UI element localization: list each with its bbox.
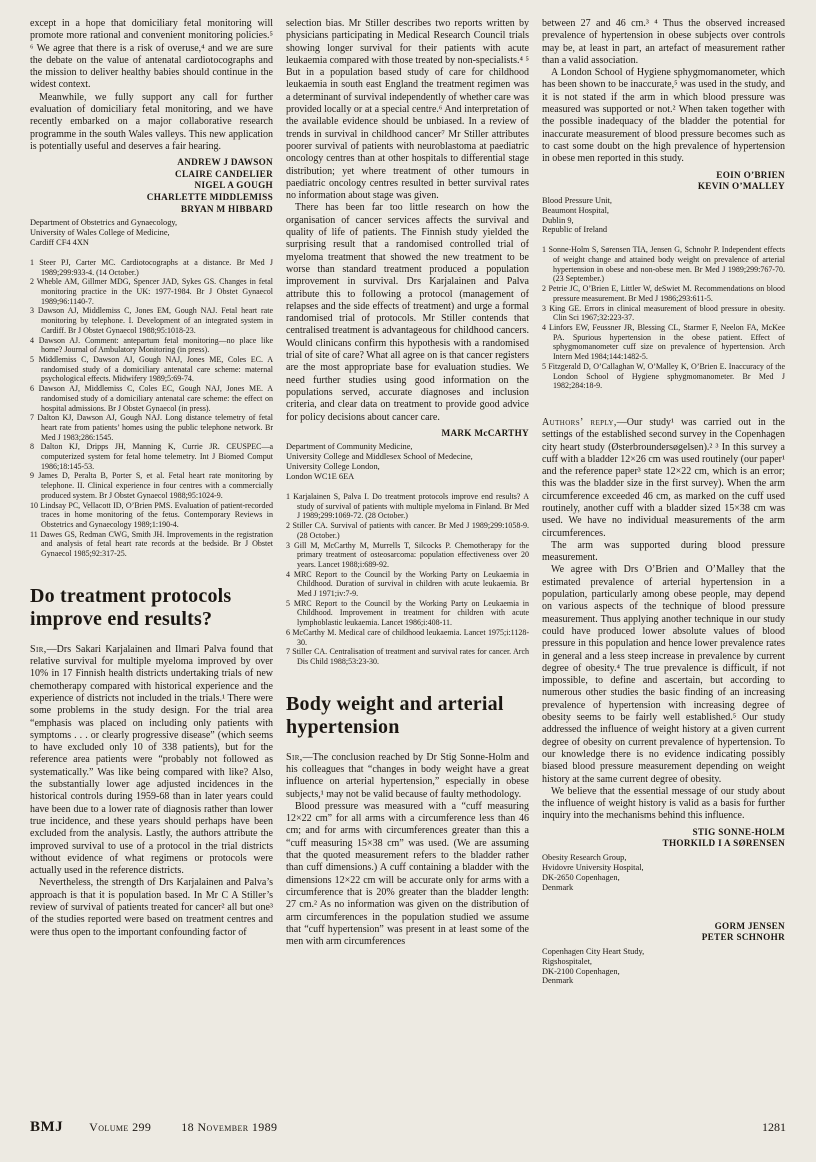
address-line: Republic of Ireland [542,225,785,235]
reference: 1 Steer PJ, Carter MC. Cardiotocographs … [30,258,273,277]
reference-number: 4 [30,336,34,345]
reference-number: 1 [30,258,34,267]
reference: 4 Dawson AJ. Comment: antepartum fetal m… [30,336,273,355]
signature-block: EOIN O’BRIENKEVIN O’MALLEY [542,170,785,193]
reference-number: 4 [542,323,546,332]
page-footer: BMJ Volume 299 18 November 1989 1281 [30,1119,786,1136]
address-block: Copenhagen City Heart Study,Rigshospital… [542,947,785,987]
reference: 9 James D, Peralta B, Porter S, et al. F… [30,471,273,500]
paragraph: Authors’ reply,—Our study¹ was carried o… [542,417,785,540]
paragraph: Sir,—The conclusion reached by Dr Stig S… [286,752,529,801]
signature: ANDREW J DAWSON [30,157,273,169]
reference: 2 Wheble AM, Gillmer MDG, Spencer JAD, S… [30,277,273,306]
issue-date: 18 November 1989 [181,1120,277,1135]
signature: CLAIRE CANDELIER [30,169,273,181]
signature: STIG SONNE-HOLM [542,827,785,839]
letter-title: Do treatment protocols improve end resul… [30,585,273,631]
reference: 2 Petrie JC, O’Brien E, Littler W, deSwi… [542,284,785,303]
signature: KEVIN O’MALLEY [542,181,785,193]
reference-number: 2 [30,277,34,286]
signature: GORM JENSEN [542,921,785,933]
reference: 7 Stiller CA. Centralisation of treatmen… [286,647,529,666]
columns: except in a hope that domiciliary fetal … [30,18,786,1090]
address-line: Cardiff CF4 4XN [30,238,273,248]
reference: 3 Gill M, McCarthy M, Murrells T, Silcoc… [286,541,529,570]
reference: 1 Sonne-Holm S, Sørensen TIA, Jensen G, … [542,245,785,284]
letter-title: Body weight and arterial hypertension [286,693,529,739]
paragraph: Meanwhile, we fully support any call for… [30,92,273,153]
address-line: DK-2650 Copenhagen, [542,873,785,883]
paragraph: between 27 and 46 cm.³ ⁴ Thus the observ… [542,18,785,67]
address-line: University College and Middlesex School … [286,452,529,462]
paragraph: except in a hope that domiciliary fetal … [30,18,273,92]
signature: BRYAN M HIBBARD [30,204,273,216]
reference-number: 8 [30,442,34,451]
signature: MARK McCARTHY [286,428,529,440]
reference: 6 McCarthy M. Medical care of childhood … [286,628,529,647]
paragraph: Blood pressure was measured with a “cuff… [286,801,529,949]
paragraph: We believe that the essential message of… [542,786,785,823]
column-2: selection bias. Mr Stiller describes two… [286,18,529,1090]
signature-block: MARK McCARTHY [286,428,529,440]
address-line: Rigshospitalet, [542,957,785,967]
reference: 5 Middlemiss C, Dawson AJ, Gough NAJ, Jo… [30,355,273,384]
address-line: Blood Pressure Unit, [542,196,785,206]
signature: EOIN O’BRIEN [542,170,785,182]
page-number: 1281 [762,1120,786,1135]
address-line: Obesity Research Group, [542,853,785,863]
reference: 6 Dawson AJ, Middlemiss C, Coles EC, Gou… [30,384,273,413]
column-3: between 27 and 46 cm.³ ⁴ Thus the observ… [542,18,785,1090]
address-line: Copenhagen City Heart Study, [542,947,785,957]
address-line: DK-2100 Copenhagen, [542,967,785,977]
reference: 4 Linfors EW, Feussner JR, Blessing CL, … [542,323,785,362]
reference-number: 5 [542,362,546,371]
reference: 4 MRC Report to the Council by the Worki… [286,570,529,599]
address-line: Beaumont Hospital, [542,206,785,216]
salutation: Authors’ reply, [542,417,617,428]
spacer [542,903,785,917]
address-line: Hvidovre University Hospital, [542,863,785,873]
journal-page: except in a hope that domiciliary fetal … [0,0,816,1162]
salutation: Sir, [30,644,47,655]
signature: PETER SCHNOHR [542,932,785,944]
reference-number: 3 [286,541,290,550]
journal-name: BMJ [30,1119,63,1136]
column-1: except in a hope that domiciliary fetal … [30,18,273,1090]
reference: 10 Lindsay PC, Vellacott ID, O’Brien PMS… [30,501,273,530]
reference-number: 5 [30,355,34,364]
volume-label: Volume 299 [89,1120,151,1135]
spacer [542,391,785,417]
address-line: Department of Obstetrics and Gynaecology… [30,218,273,228]
address-line: University of Wales College of Medicine, [30,228,273,238]
reference-number: 2 [542,284,546,293]
reference-number: 10 [30,501,38,510]
address-line: Denmark [542,883,785,893]
reference-number: 5 [286,599,290,608]
reference: 1 Karjalainen S, Palva I. Do treatment p… [286,492,529,521]
address-line: Dublin 9, [542,216,785,226]
reference-list: 1 Steer PJ, Carter MC. Cardiotocographs … [30,258,273,559]
paragraph: selection bias. Mr Stiller describes two… [286,18,529,202]
address-line: University College London, [286,462,529,472]
signature: CHARLETTE MIDDLEMISS [30,192,273,204]
reference-number: 9 [30,471,34,480]
reference-number: 7 [286,647,290,656]
reference-number: 6 [286,628,290,637]
reference-number: 2 [286,521,290,530]
reference: 5 Fitzgerald D, O’Callaghan W, O’Malley … [542,362,785,391]
address-line: Denmark [542,976,785,986]
paragraph: Sir,—Drs Sakari Karjalainen and Ilmari P… [30,644,273,878]
signature: THORKILD I A SØRENSEN [542,838,785,850]
reference: 2 Stiller CA. Survival of patients with … [286,521,529,540]
address-block: Department of Community Medicine,Univers… [286,442,529,482]
paragraph: Nevertheless, the strength of Drs Karjal… [30,877,273,938]
reference-number: 1 [286,492,290,501]
reference-list: 1 Sonne-Holm S, Sørensen TIA, Jensen G, … [542,245,785,391]
reference: 11 Dawes GS, Redman CWG, Smith JH. Impro… [30,530,273,559]
reference: 8 Dalton KJ, Dripps JH, Manning K, Curri… [30,442,273,471]
reference-number: 4 [286,570,290,579]
address-block: Obesity Research Group,Hvidovre Universi… [542,853,785,893]
signature-block: STIG SONNE-HOLMTHORKILD I A SØRENSEN [542,827,785,850]
paragraph: There has been far too little research o… [286,202,529,423]
reference-number: 6 [30,384,34,393]
reference-number: 7 [30,413,34,422]
salutation: Sir, [286,752,303,763]
signature-block: ANDREW J DAWSONCLAIRE CANDELIERNIGEL A G… [30,157,273,215]
reference: 3 Dawson AJ, Middlemiss C, Jones EM, Gou… [30,306,273,335]
signature: NIGEL A GOUGH [30,180,273,192]
address-block: Department of Obstetrics and Gynaecology… [30,218,273,248]
paragraph: We agree with Drs O’Brien and O’Malley t… [542,564,785,785]
reference: 5 MRC Report to the Council by the Worki… [286,599,529,628]
reference: 7 Dalton KJ, Dawson AJ, Gough NAJ. Long … [30,413,273,442]
reference-number: 3 [542,304,546,313]
reference-number: 1 [542,245,546,254]
address-line: London WC1E 6EA [286,472,529,482]
paragraph: A London School of Hygiene sphygmomanome… [542,67,785,165]
address-line: Department of Community Medicine, [286,442,529,452]
reference-number: 11 [30,530,38,539]
paragraph: The arm was supported during blood press… [542,540,785,565]
reference: 3 King GE. Errors in clinical measuremen… [542,304,785,323]
reference-list: 1 Karjalainen S, Palva I. Do treatment p… [286,492,529,667]
signature-block: GORM JENSENPETER SCHNOHR [542,921,785,944]
reference-number: 3 [30,306,34,315]
address-block: Blood Pressure Unit,Beaumont Hospital,Du… [542,196,785,236]
